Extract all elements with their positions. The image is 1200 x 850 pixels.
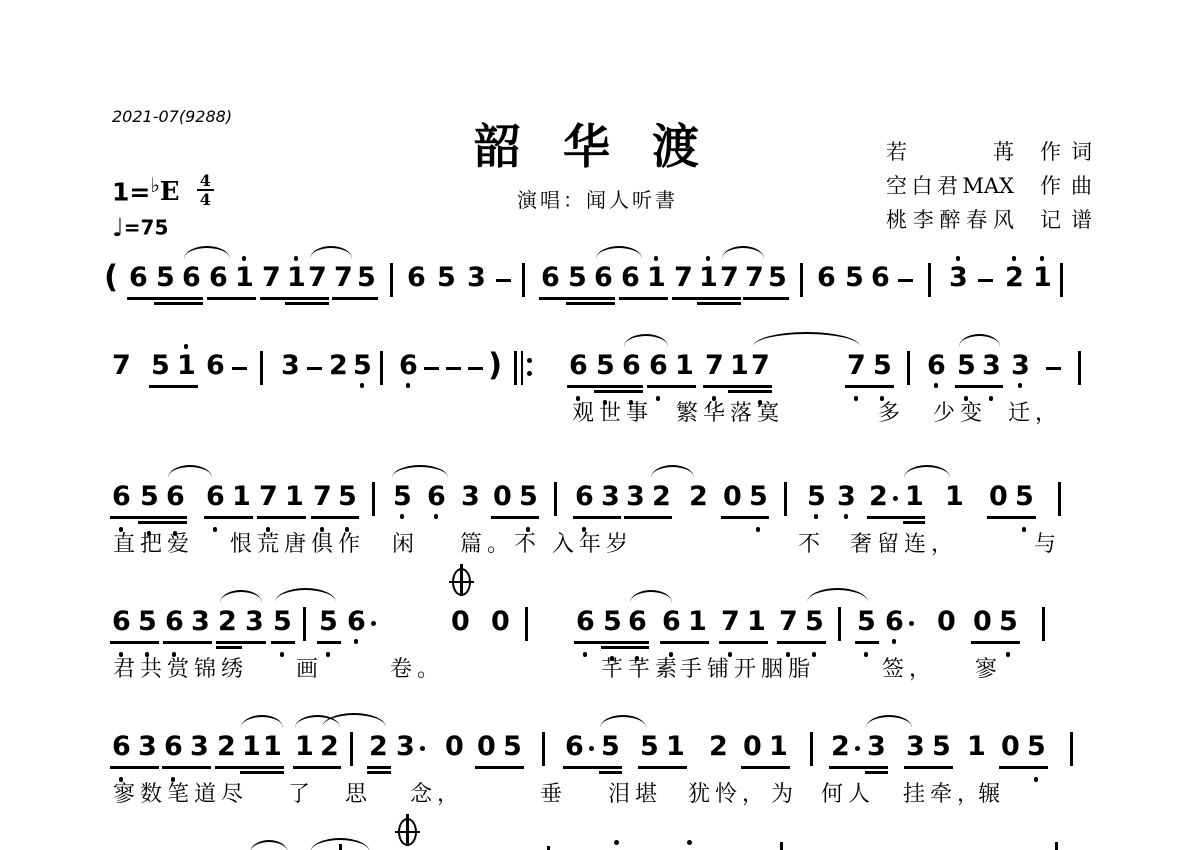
barline-fragment [339, 844, 342, 850]
note: 2 [217, 731, 235, 765]
beam [285, 302, 329, 305]
beam [563, 766, 622, 769]
beam [240, 771, 284, 774]
note: 6 [871, 262, 889, 296]
note: 7 [259, 481, 277, 515]
beam [110, 516, 187, 519]
note: 6 [209, 262, 227, 296]
note: 5 [1027, 731, 1045, 765]
note: 6 [427, 481, 445, 515]
beam [204, 516, 253, 519]
note: 6 [927, 350, 945, 384]
note: 5 [749, 481, 767, 515]
note: 6 [347, 606, 365, 640]
note: 5 [140, 481, 158, 515]
barline [928, 263, 931, 297]
note: 5 [1015, 481, 1033, 515]
duration-dash [468, 367, 483, 370]
note: 7 [112, 350, 130, 384]
lyric-segment: 何人 [821, 777, 875, 808]
note: 6 [164, 731, 182, 765]
lyric-segment: 入年岁 [552, 527, 633, 558]
beam [619, 297, 668, 300]
beam [741, 766, 790, 769]
beam [672, 297, 741, 300]
lyric-segment: 奢留连， [850, 527, 958, 558]
note: 3 [245, 606, 263, 640]
note: 1 [232, 481, 250, 515]
note: 5 [601, 731, 619, 765]
beam [260, 297, 329, 300]
beam [154, 302, 203, 305]
beam [367, 771, 391, 774]
lyric-segment: 犹怜， [688, 777, 769, 808]
slur-arc [722, 246, 764, 260]
barline [1058, 482, 1061, 516]
note: 0 [493, 481, 511, 515]
note: 1 [675, 350, 693, 384]
note: 6 [407, 262, 425, 296]
beam [539, 297, 615, 300]
note: 3 [1011, 350, 1029, 384]
note: 5 [805, 606, 823, 640]
lyric-segment: 挂牵， [903, 777, 984, 808]
slur-arc [630, 590, 672, 604]
note: 3 [837, 481, 855, 515]
note: 6 [112, 481, 130, 515]
slur-arc [866, 715, 912, 729]
slur-arc [168, 465, 212, 479]
note: 5 [768, 262, 786, 296]
dot [614, 840, 619, 845]
beam [594, 390, 643, 393]
repeat-sign-dot [527, 371, 532, 376]
barline [554, 482, 557, 516]
note: 5 [568, 262, 586, 296]
lyric-segment: 垂 [540, 777, 567, 808]
lyric-segment: 闲 [392, 527, 419, 558]
parenthesis: ( [104, 259, 118, 295]
note: 5 [999, 606, 1017, 640]
beam [110, 766, 159, 769]
lyric-segment: 卷。 [390, 652, 444, 683]
duration-dash [232, 367, 247, 370]
note: 7 [779, 606, 797, 640]
lyric-segment: 签， [882, 652, 936, 683]
note: 7 [313, 481, 331, 515]
note: 7 [745, 262, 763, 296]
note: 3 [626, 481, 644, 515]
note: 6 [662, 606, 680, 640]
beam [743, 297, 789, 300]
slur-arc [250, 840, 288, 850]
note: 7 [847, 350, 865, 384]
beam [162, 766, 211, 769]
beam [215, 766, 284, 769]
lyric-segment: 直把爱 [113, 527, 194, 558]
beam [216, 641, 266, 644]
barline [800, 263, 803, 297]
note: 5 [156, 262, 174, 296]
augmentation-dot [371, 621, 376, 626]
beam [317, 641, 341, 644]
note: 3 [982, 350, 1000, 384]
note: 1 [242, 731, 260, 765]
barline [522, 263, 525, 297]
beam [697, 302, 741, 305]
beam [332, 297, 378, 300]
beam [638, 766, 687, 769]
lyric-segment: 了 [288, 777, 315, 808]
note: 3 [396, 731, 414, 765]
note: 3 [949, 262, 967, 296]
beam [110, 641, 159, 644]
slur-arc [184, 246, 230, 260]
beam [149, 385, 198, 388]
note: 0 [989, 481, 1007, 515]
note: 0 [1001, 731, 1019, 765]
augmentation-dot [893, 496, 898, 501]
note: 2 [652, 481, 670, 515]
slur-arc [753, 332, 860, 348]
beam [601, 646, 649, 649]
note: 7 [308, 262, 326, 296]
note: 2 [709, 731, 727, 765]
duration-dash [307, 367, 322, 370]
note: 6 [206, 481, 224, 515]
augmentation-dot [855, 746, 860, 751]
beam [865, 771, 888, 774]
note: 0 [445, 731, 463, 765]
note: 1 [747, 606, 765, 640]
note: 1 [666, 731, 684, 765]
note: 6 [622, 350, 640, 384]
duration-dash [978, 279, 993, 282]
note: 2 [369, 731, 387, 765]
repeat-sign-bar [514, 351, 517, 385]
note: 5 [873, 350, 891, 384]
note: 1 [905, 481, 923, 515]
note: 5 [357, 262, 375, 296]
lyric-segment: 迁， [1008, 396, 1062, 427]
beam [567, 385, 643, 388]
coda-icon [398, 818, 417, 846]
note: 3 [601, 481, 619, 515]
note: 1 [730, 350, 748, 384]
duration-dash [898, 279, 913, 282]
beam [574, 641, 649, 644]
beam [855, 641, 879, 644]
lyric-segment: 思 [345, 777, 372, 808]
note: 6 [649, 350, 667, 384]
note: 0 [743, 731, 761, 765]
note: 0 [973, 606, 991, 640]
beam [138, 521, 187, 524]
duration-dash [424, 367, 439, 370]
beam [293, 766, 341, 769]
sheet-music-page: 2021-07(9288) 韶华渡 演唱：闻人听書 若苒作词 空白君MAX作曲 … [0, 0, 1200, 850]
lyric-segment: 不 [798, 527, 825, 558]
barline [1042, 607, 1045, 641]
note: 6 [541, 262, 559, 296]
lyric-segment: 篇。不 [460, 527, 541, 558]
beam [647, 385, 696, 388]
barline [303, 607, 306, 641]
lyric-segment: 寥 [975, 652, 1002, 683]
note: 3 [467, 262, 485, 296]
note: 5 [353, 350, 371, 384]
note: 6 [621, 262, 639, 296]
lyric-segment: 与 [1034, 527, 1061, 558]
note: 7 [334, 262, 352, 296]
beam [845, 385, 894, 388]
note: 7 [720, 262, 738, 296]
barline [838, 607, 841, 641]
note: 3 [867, 731, 885, 765]
note: 5 [857, 606, 875, 640]
slur-arc [600, 715, 646, 729]
lyric-segment: 繁华落寞 [676, 396, 784, 427]
note: 6 [129, 262, 147, 296]
note: 2 [831, 731, 849, 765]
slur-arc [596, 246, 642, 260]
note: 1 [945, 481, 963, 515]
note: 0 [477, 731, 495, 765]
slur-arc [807, 588, 868, 604]
barline [542, 732, 545, 766]
lyric-segment: 画 [296, 652, 323, 683]
beam [566, 302, 615, 305]
note: 6 [165, 606, 183, 640]
beam [955, 385, 1003, 388]
beam [367, 766, 391, 769]
note: 6 [399, 350, 417, 384]
beam [311, 516, 359, 519]
beam [719, 641, 768, 644]
note: 5 [603, 606, 621, 640]
note: 5 [437, 262, 455, 296]
barline [1060, 263, 1063, 297]
note: 5 [640, 731, 658, 765]
note: 6 [565, 731, 583, 765]
barline [784, 482, 787, 516]
note: 5 [503, 731, 521, 765]
barline [1070, 732, 1073, 766]
beam [163, 641, 212, 644]
note: 7 [751, 350, 769, 384]
note: 1 [769, 731, 787, 765]
note: 2 [218, 606, 236, 640]
lyric-segment: 观世事 [572, 396, 653, 427]
slur-arc [959, 334, 1000, 348]
coda-icon [452, 568, 471, 596]
duration-dash [446, 367, 461, 370]
slur-arc [220, 590, 262, 604]
note: 1 [287, 262, 305, 296]
barline-fragment [547, 846, 550, 850]
beam [127, 297, 203, 300]
beam [257, 516, 306, 519]
barline [525, 607, 528, 641]
lyric-segment: 少变 [933, 396, 987, 427]
note: 1 [177, 350, 195, 384]
duration-dash [496, 279, 511, 282]
beam [904, 766, 953, 769]
beam [867, 516, 925, 519]
note: 6 [112, 606, 130, 640]
lyric-segment: 君共赏锦绣 [113, 652, 248, 683]
beam [207, 297, 256, 300]
note: 6 [575, 481, 593, 515]
beam [721, 516, 769, 519]
barline-fragment [780, 842, 783, 850]
note: 3 [190, 731, 208, 765]
lyric-segment: 念， [410, 777, 464, 808]
note: 1 [699, 262, 717, 296]
duration-dash [1046, 367, 1061, 370]
beam [573, 516, 621, 519]
beam [271, 641, 295, 644]
note: 2 [329, 350, 347, 384]
note: 6 [594, 262, 612, 296]
slur-arc [392, 465, 448, 479]
repeat-sign-bar [521, 351, 524, 385]
note: 6 [166, 481, 184, 515]
note: 6 [112, 731, 130, 765]
note: 0 [491, 606, 509, 640]
note: 6 [569, 350, 587, 384]
note: 6 [817, 262, 835, 296]
note: 5 [957, 350, 975, 384]
lyric-segment: 辗 [978, 777, 1005, 808]
barline [810, 732, 813, 766]
barline [907, 351, 910, 385]
beam [971, 641, 1020, 644]
note: 3 [191, 606, 209, 640]
note: 3 [461, 481, 479, 515]
lyric-segment: 寥数笔道尽 [113, 777, 248, 808]
note: 1 [1033, 262, 1051, 296]
augmentation-dot [420, 746, 425, 751]
note: 5 [807, 481, 825, 515]
note: 5 [596, 350, 614, 384]
note: 6 [576, 606, 594, 640]
beam [999, 766, 1048, 769]
note: 7 [262, 262, 280, 296]
note: 5 [151, 350, 169, 384]
slur-arc [322, 713, 386, 729]
note: 3 [138, 731, 156, 765]
slur-arc [651, 465, 694, 479]
barline [390, 263, 393, 297]
barline [260, 351, 263, 385]
note: 7 [705, 350, 723, 384]
lyric-segment: 恨荒唐俱作 [230, 527, 365, 558]
note: 6 [885, 606, 903, 640]
beam [987, 516, 1036, 519]
note: 2 [1005, 262, 1023, 296]
note: 6 [628, 606, 646, 640]
repeat-sign-dot [527, 358, 532, 363]
note: 1 [263, 731, 281, 765]
dot [687, 840, 692, 845]
score-body: (6566171775653656617177565632175163256)6… [0, 0, 1200, 850]
barline [1078, 351, 1081, 385]
note: 1 [688, 606, 706, 640]
beam [660, 641, 709, 644]
note: 0 [723, 481, 741, 515]
note: 0 [937, 606, 955, 640]
lyric-segment: 泪堪 [608, 777, 662, 808]
note: 1 [967, 731, 985, 765]
note: 1 [647, 262, 665, 296]
slur-arc [624, 334, 668, 348]
beam [624, 516, 672, 519]
note: 5 [845, 262, 863, 296]
augmentation-dot [589, 746, 594, 751]
note: 0 [451, 606, 469, 640]
note: 5 [138, 606, 156, 640]
slur-arc [241, 715, 283, 729]
note: 5 [273, 606, 291, 640]
note: 3 [906, 731, 924, 765]
slur-arc [904, 465, 950, 479]
note: 5 [338, 481, 356, 515]
slur-arc [275, 588, 336, 604]
barline [372, 482, 375, 516]
slur-arc [310, 246, 352, 260]
beam [475, 766, 524, 769]
note: 1 [285, 481, 303, 515]
barline [380, 351, 383, 385]
barline [350, 732, 353, 766]
note: 7 [674, 262, 692, 296]
beam [777, 641, 826, 644]
note: 5 [519, 481, 537, 515]
note: 5 [393, 481, 411, 515]
parenthesis: ) [488, 347, 502, 383]
note: 1 [235, 262, 253, 296]
augmentation-dot [909, 621, 914, 626]
beam [216, 646, 242, 649]
note: 6 [182, 262, 200, 296]
note: 2 [869, 481, 887, 515]
lyric-segment: 多 [878, 396, 905, 427]
lyric-segment: 芊芊素 [601, 652, 682, 683]
lyric-segment: 手铺开胭脂 [680, 652, 815, 683]
note: 1 [295, 731, 313, 765]
beam [728, 390, 772, 393]
barline-fragment [1055, 842, 1058, 850]
note: 6 [206, 350, 224, 384]
beam [491, 516, 539, 519]
note: 3 [281, 350, 299, 384]
beam [703, 385, 772, 388]
lyric-segment: 为 [771, 777, 798, 808]
note: 5 [319, 606, 337, 640]
note: 2 [689, 481, 707, 515]
note: 7 [721, 606, 739, 640]
note: 5 [932, 731, 950, 765]
beam [829, 766, 888, 769]
beam [599, 771, 622, 774]
note: 2 [320, 731, 338, 765]
beam [903, 521, 925, 524]
